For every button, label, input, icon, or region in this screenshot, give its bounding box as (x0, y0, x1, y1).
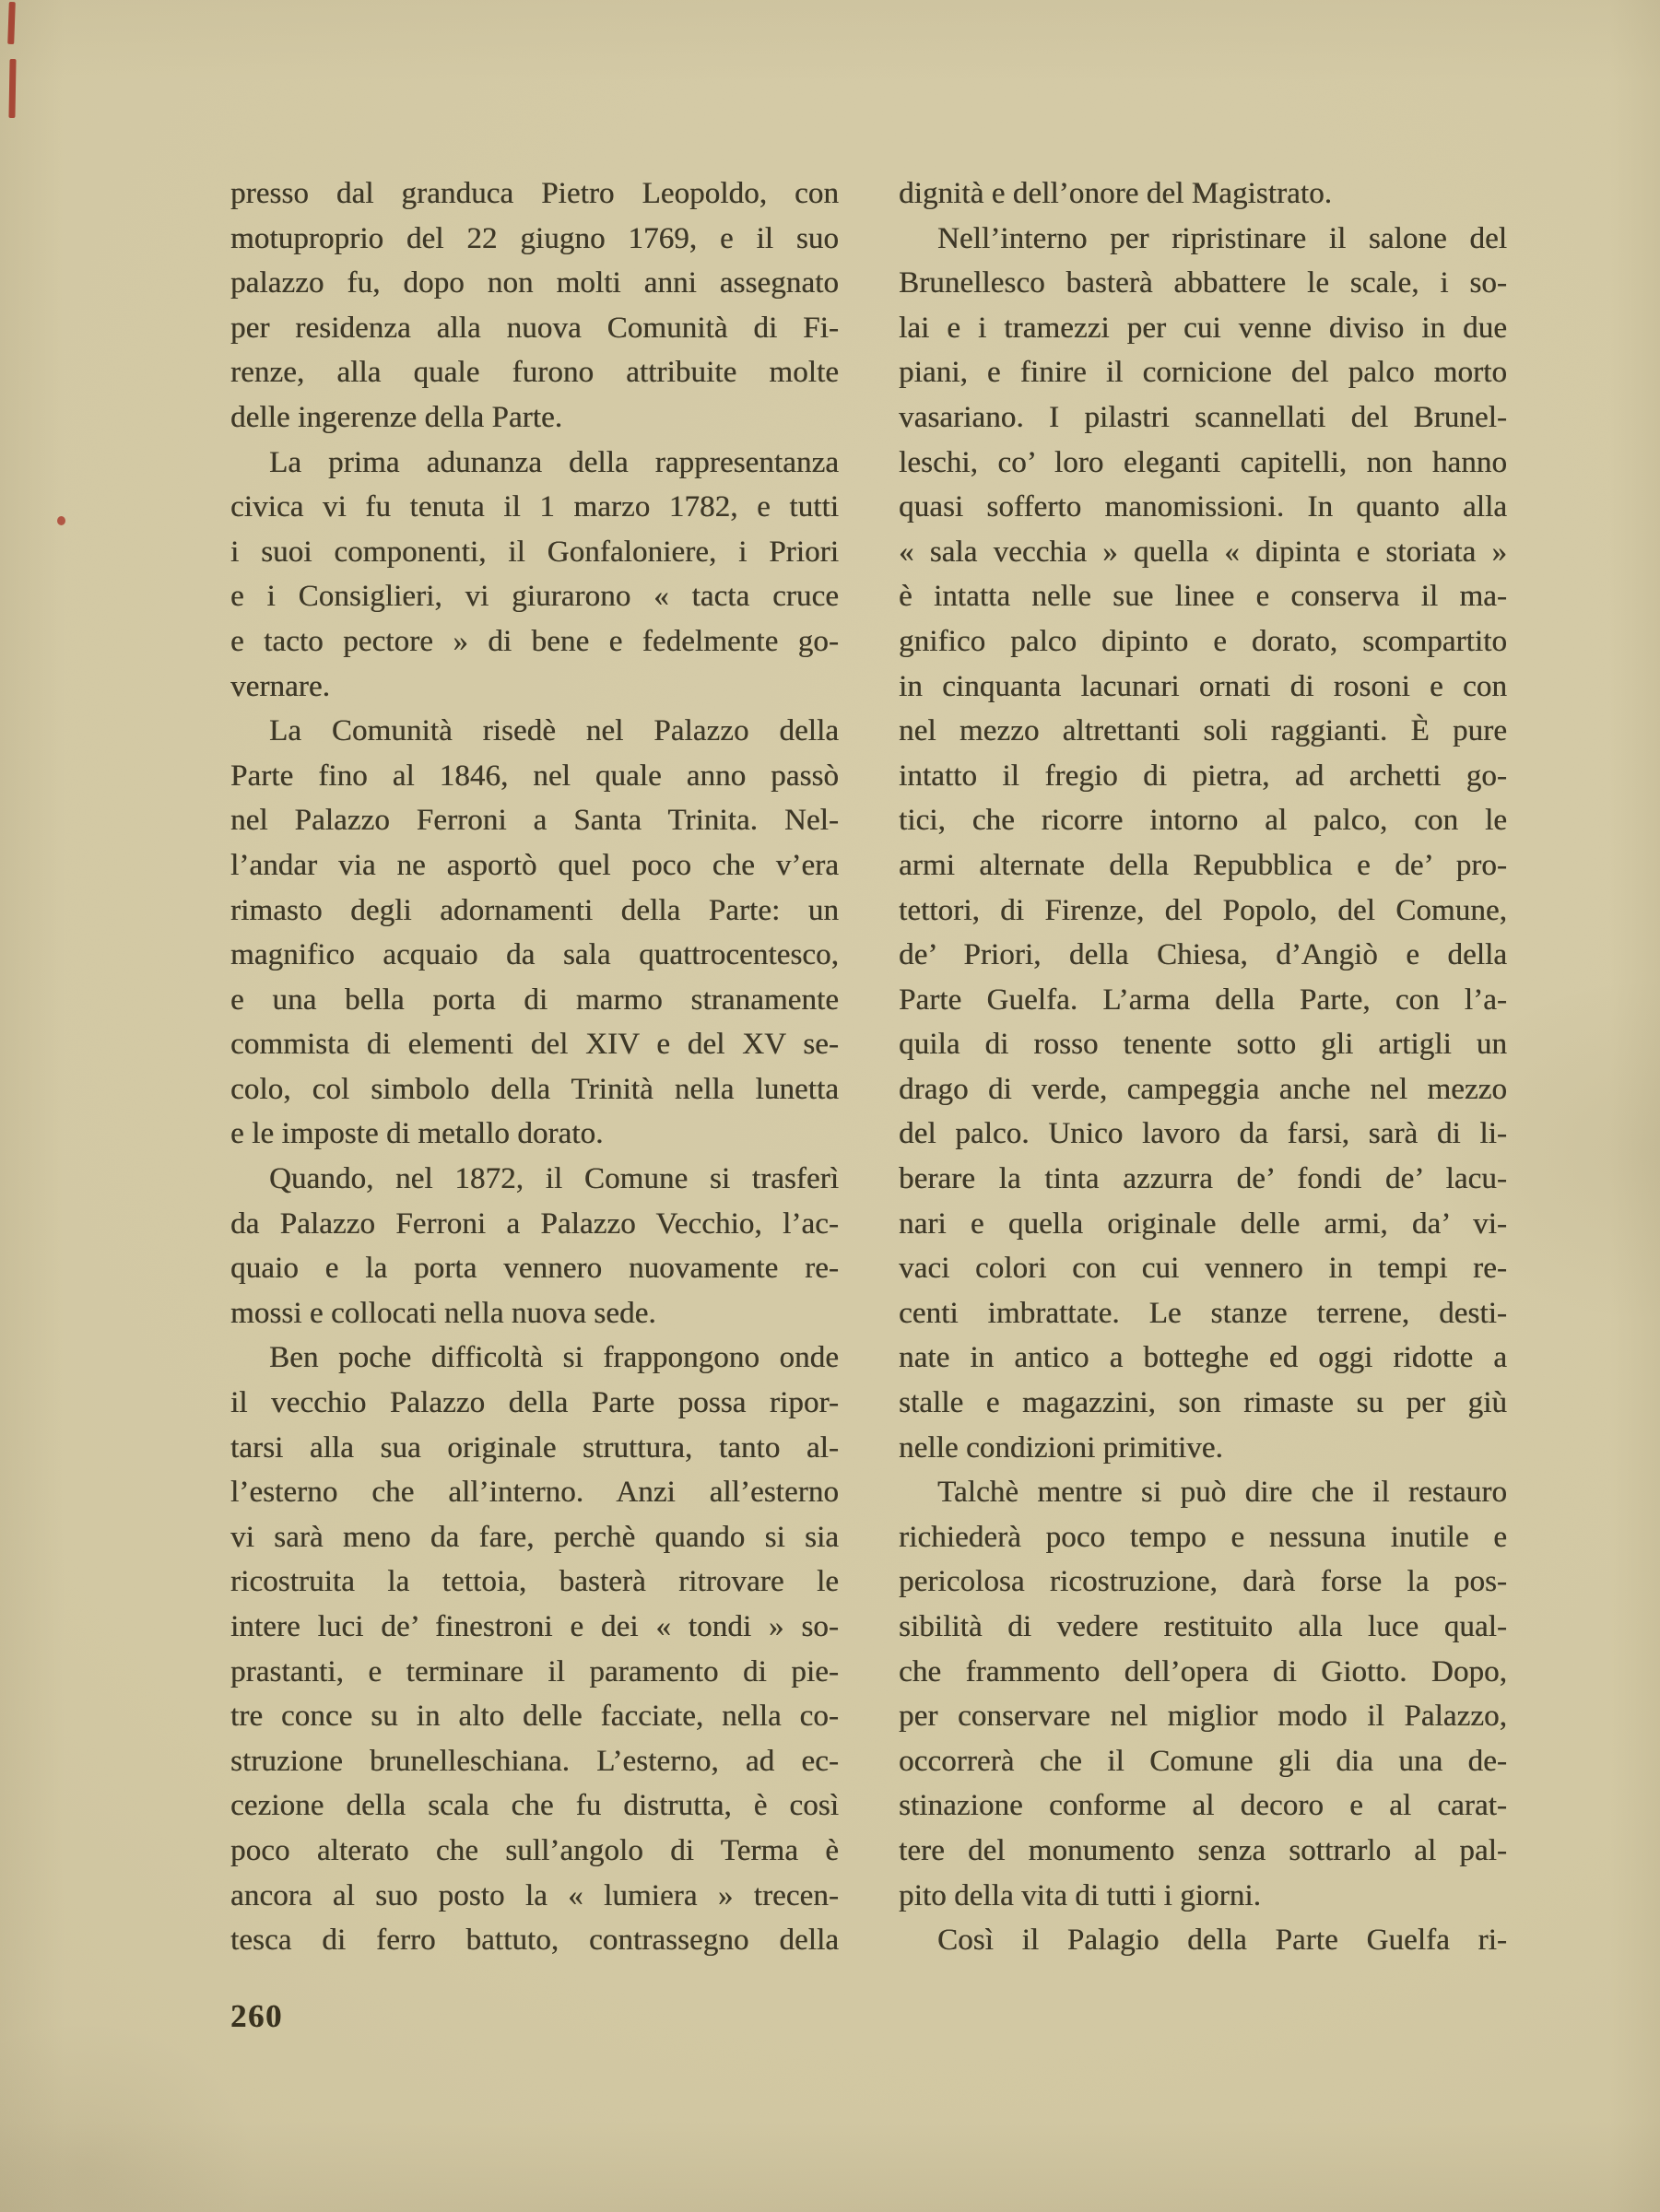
right-text-column: dignità e dell’onore del Magistrato.Nell… (899, 171, 1507, 1963)
text-line: sibilità di vedere restituito alla luce … (899, 1605, 1507, 1650)
text-line: poco alterato che sull’angolo di Terma è (230, 1829, 839, 1874)
text-line: La Comunità risedè nel Palazzo della (230, 709, 839, 754)
text-line: Quando, nel 1872, il Comune si trasferì (230, 1157, 839, 1202)
text-line: tici, che ricorre intorno al palco, con … (899, 798, 1507, 843)
text-line: in cinquanta lacunari ornati di rosoni e… (899, 665, 1507, 710)
text-line: e tacto pectore » di bene e fedelmente g… (230, 619, 839, 665)
text-line: pericolosa ricostruzione, darà forse la … (899, 1559, 1507, 1605)
text-line: che frammento dell’opera di Giotto. Dopo… (899, 1650, 1507, 1695)
text-line: vi sarà meno da fare, perchè quando si s… (230, 1515, 839, 1560)
text-line: stalle e magazzini, son rimaste su per g… (899, 1381, 1507, 1426)
left-text-column: presso dal granduca Pietro Leopoldo, con… (230, 171, 839, 1963)
text-line: commista di elementi del XIV e del XV se… (230, 1022, 839, 1067)
text-line: berare la tinta azzurra de’ fondi de’ la… (899, 1157, 1507, 1202)
text-line: palazzo fu, dopo non molti anni assegnat… (230, 261, 839, 306)
text-line: il vecchio Palazzo della Parte possa rip… (230, 1381, 839, 1426)
text-line: per residenza alla nuova Comunità di Fi- (230, 306, 839, 351)
text-line: stinazione conforme al decoro e al carat… (899, 1783, 1507, 1829)
text-line: da Palazzo Ferroni a Palazzo Vecchio, l’… (230, 1202, 839, 1247)
text-line: Brunellesco basterà abbattere le scale, … (899, 261, 1507, 306)
text-line: è intatta nelle sue linee e conserva il … (899, 574, 1507, 619)
text-line: centi imbrattate. Le stanze terrene, des… (899, 1291, 1507, 1336)
text-line: tettori, di Firenze, del Popolo, del Com… (899, 888, 1507, 934)
text-line: lai e i tramezzi per cui venne diviso in… (899, 306, 1507, 351)
text-line: dignità e dell’onore del Magistrato. (899, 171, 1507, 217)
text-line: motuproprio del 22 giugno 1769, e il suo (230, 217, 839, 262)
text-line: presso dal granduca Pietro Leopoldo, con (230, 171, 839, 217)
text-line: cezione della scala che fu distrutta, è … (230, 1783, 839, 1829)
text-line: vasariano. I pilastri scannellati del Br… (899, 395, 1507, 441)
text-line: struzione brunelleschiana. L’esterno, ad… (230, 1739, 839, 1784)
text-line: l’andar via ne asportò quel poco che v’e… (230, 843, 839, 888)
text-line: e i Consiglieri, vi giurarono « tacta cr… (230, 574, 839, 619)
text-line: colo, col simbolo della Trinità nella lu… (230, 1067, 839, 1112)
text-line: ancora al suo posto la « lumiera » trece… (230, 1874, 839, 1919)
text-line: Nell’interno per ripristinare il salone … (899, 217, 1507, 262)
text-line: e le imposte di metallo dorato. (230, 1112, 839, 1157)
text-line: tre conce su in alto delle facciate, nel… (230, 1694, 839, 1739)
text-line: Parte fino al 1846, nel quale anno passò (230, 754, 839, 799)
text-line: Talchè mentre si può dire che il restaur… (899, 1470, 1507, 1515)
text-line: richiederà poco tempo e nessuna inutile … (899, 1515, 1507, 1560)
text-line: tere del monumento senza sottrarlo al pa… (899, 1829, 1507, 1874)
text-line: intere luci de’ finestroni e dei « tondi… (230, 1605, 839, 1650)
text-line: quaio e la porta vennero nuovamente re- (230, 1246, 839, 1291)
text-line: occorrerà che il Comune gli dia una de- (899, 1739, 1507, 1784)
text-line: tesca di ferro battuto, contrassegno del… (230, 1918, 839, 1963)
red-scan-mark (7, 2, 16, 44)
text-line: pito della vita di tutti i giorni. (899, 1874, 1507, 1919)
text-line: intatto il fregio di pietra, ad archetti… (899, 754, 1507, 799)
red-scan-dot (57, 516, 65, 525)
text-line: renze, alla quale furono attribuite molt… (230, 350, 839, 395)
book-page: presso dal granduca Pietro Leopoldo, con… (0, 0, 1660, 2212)
page-number: 260 (230, 1998, 283, 2035)
text-line: l’esterno che all’interno. Anzi all’este… (230, 1470, 839, 1515)
text-line: « sala vecchia » quella « dipinta e stor… (899, 530, 1507, 575)
text-line: nel Palazzo Ferroni a Santa Trinita. Nel… (230, 798, 839, 843)
text-line: nate in antico a botteghe ed oggi ridott… (899, 1335, 1507, 1381)
text-line: magnifico acquaio da sala quattrocentesc… (230, 933, 839, 978)
text-line: gnifico palco dipinto e dorato, scompart… (899, 619, 1507, 665)
text-line: nari e quella originale delle armi, da’ … (899, 1202, 1507, 1247)
text-line: Così il Palagio della Parte Guelfa ri- (899, 1918, 1507, 1963)
text-line: Ben poche difficoltà si frappongono onde (230, 1335, 839, 1381)
text-line: delle ingerenze della Parte. (230, 395, 839, 441)
text-line: per conservare nel miglior modo il Palaz… (899, 1694, 1507, 1739)
text-line: tarsi alla sua originale struttura, tant… (230, 1426, 839, 1471)
text-line: nelle condizioni primitive. (899, 1426, 1507, 1471)
text-line: del palco. Unico lavoro da farsi, sarà d… (899, 1112, 1507, 1157)
text-line: La prima adunanza della rappresentanza (230, 441, 839, 486)
text-line: rimasto degli adornamenti della Parte: u… (230, 888, 839, 934)
text-line: de’ Priori, della Chiesa, d’Angiò e dell… (899, 933, 1507, 978)
red-scan-mark (8, 59, 16, 118)
text-line: civica vi fu tenuta il 1 marzo 1782, e t… (230, 485, 839, 530)
text-line: armi alternate della Repubblica e de’ pr… (899, 843, 1507, 888)
text-line: vernare. (230, 665, 839, 710)
text-line: Parte Guelfa. L’arma della Parte, con l’… (899, 978, 1507, 1023)
text-line: piani, e finire il cornicione del palco … (899, 350, 1507, 395)
text-line: e una bella porta di marmo stranamente (230, 978, 839, 1023)
text-line: leschi, co’ loro eleganti capitelli, non… (899, 441, 1507, 486)
text-line: prastanti, e terminare il paramento di p… (230, 1650, 839, 1695)
text-line: nel mezzo altrettanti soli raggianti. È … (899, 709, 1507, 754)
text-line: vaci colori con cui vennero in tempi re- (899, 1246, 1507, 1291)
text-line: quasi sofferto manomissioni. In quanto a… (899, 485, 1507, 530)
text-line: drago di verde, campeggia anche nel mezz… (899, 1067, 1507, 1112)
text-line: quila di rosso tenente sotto gli artigli… (899, 1022, 1507, 1067)
text-line: i suoi componenti, il Gonfaloniere, i Pr… (230, 530, 839, 575)
text-line: mossi e collocati nella nuova sede. (230, 1291, 839, 1336)
text-line: ricostruita la tettoia, basterà ritrovar… (230, 1559, 839, 1605)
